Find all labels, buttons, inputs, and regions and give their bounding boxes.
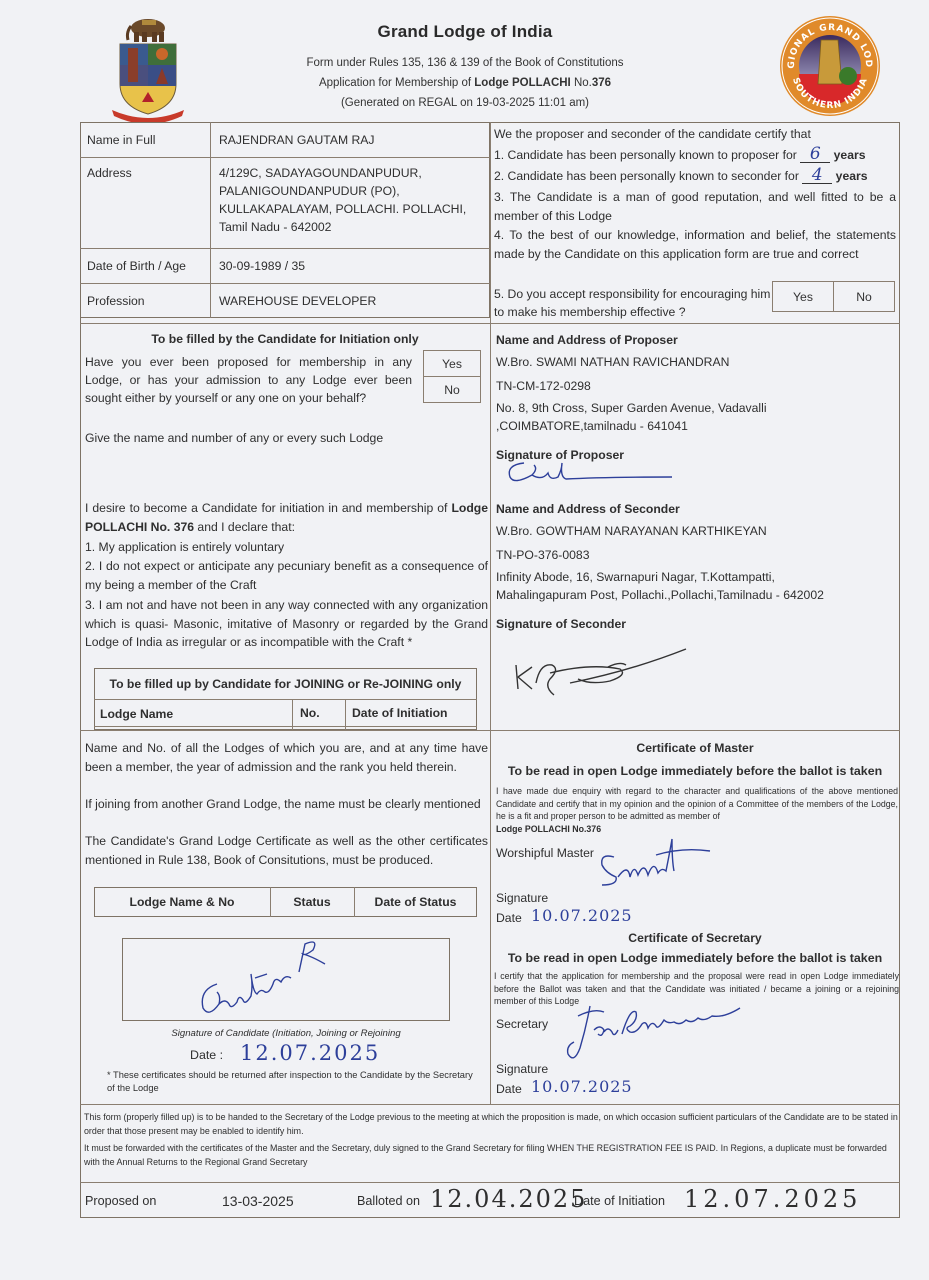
seconder-heading: Name and Address of Seconder — [496, 500, 680, 518]
balloted-on-label: Balloted on — [357, 1183, 420, 1218]
master-cert-subheading: To be read in open Lodge immediately bef… — [490, 762, 900, 780]
application-lodge-number: 376 — [592, 77, 611, 89]
application-prefix: Application for Membership of — [319, 77, 474, 89]
certify-item-1-text: 1. Candidate has been personally known t… — [494, 148, 797, 162]
secretary-label: Secretary — [496, 1015, 548, 1033]
candidate-date-value: 12.07.2025 — [240, 1040, 380, 1066]
col-lodge-name-no: Lodge Name & No — [94, 887, 270, 917]
responsibility-no-option[interactable]: No — [833, 281, 895, 312]
desire-prefix: I desire to become a Candidate for initi… — [85, 501, 451, 515]
membership-para-1: Name and No. of all the Lodges of which … — [85, 739, 488, 776]
joining-col-date-of-initiation: Date of Initiation — [352, 700, 447, 726]
certificates-footnote: * These certificates should be returned … — [107, 1069, 482, 1095]
seconder-address: Infinity Abode, 16, Swarnapuri Nagar, T.… — [496, 568, 824, 604]
section-divider-3 — [80, 1104, 900, 1105]
candidate-signature — [195, 932, 335, 1022]
section-divider-2 — [80, 730, 900, 731]
certify-item-4: 4. To the best of our knowledge, informa… — [494, 226, 896, 264]
candidate-row-divider — [80, 157, 490, 158]
master-cert-body: I have made due enquiry with regard to t… — [496, 785, 898, 835]
initiation-question: Have you ever been proposed for membersh… — [85, 353, 412, 407]
certify-item-3: 3. The Candidate is a man of good reputa… — [494, 188, 896, 226]
application-no-prefix: No. — [571, 77, 592, 89]
responsibility-yes-option[interactable]: Yes — [772, 281, 834, 312]
date-of-initiation-value: 12.07.2025 — [684, 1180, 861, 1218]
joining-table-col — [292, 699, 293, 730]
membership-para-3: The Candidate's Grand Lodge Certificate … — [85, 832, 488, 869]
seconder-reg-no: TN-PO-376-0083 — [496, 546, 589, 564]
desire-statement: I desire to become a Candidate for initi… — [85, 499, 488, 536]
address-value: 4/129C, SADAYAGOUNDANPUDUR, PALANIGOUNDA… — [219, 164, 466, 236]
certify-intro: We the proposer and seconder of the cand… — [494, 125, 896, 143]
initiation-heading: To be filled by the Candidate for Initia… — [80, 330, 490, 348]
candidate-date-label: Date : — [190, 1046, 223, 1064]
proposer-address-line: No. 8, 9th Cross, Super Garden Avenue, V… — [496, 399, 767, 417]
seconder-signature-label: Signature of Seconder — [496, 615, 626, 633]
certify-item-2-text: 2. Candidate has been personally known t… — [494, 169, 799, 183]
dob-value: 30-09-1989 / 35 — [219, 248, 305, 283]
rules-line: Form under Rules 135, 136 & 139 of the B… — [240, 53, 690, 73]
proposer-signature — [502, 455, 682, 487]
worshipful-master-label: Worshipful Master — [496, 844, 594, 862]
form-header: Grand Lodge of India Form under Rules 13… — [240, 22, 690, 113]
proposer-name: W.Bro. SWAMI NATHAN RAVICHANDRAN — [496, 353, 729, 371]
balloted-on-value: 12.04.2025 — [430, 1180, 587, 1218]
give-lodge-name-prompt: Give the name and number of any or every… — [85, 429, 485, 447]
proposed-on-label: Proposed on — [85, 1183, 156, 1218]
secretary-cert-heading: Certificate of Secretary — [490, 929, 900, 947]
declaration-1: 1. My application is entirely voluntary — [85, 538, 488, 556]
desire-suffix: and I declare that: — [194, 520, 295, 534]
master-cert-lodge: Lodge POLLACHI No.376 — [496, 824, 601, 834]
secretary-signature — [564, 998, 744, 1068]
generated-line: (Generated on REGAL on 19-03-2025 11:01 … — [240, 93, 690, 113]
name-label: Name in Full — [87, 122, 155, 157]
seconder-signature — [510, 643, 690, 701]
years-label: years — [836, 169, 868, 183]
grand-lodge-crest-logo — [108, 14, 188, 122]
proposer-heading: Name and Address of Proposer — [496, 331, 678, 349]
address-line: PALANIGOUNDANPUDUR (PO), — [219, 182, 466, 200]
footer-note-2: It must be forwarded with the certificat… — [84, 1141, 899, 1169]
proposed-on-value: 13-03-2025 — [222, 1183, 294, 1218]
form-title: Grand Lodge of India — [240, 22, 690, 42]
seconder-years-value: 4 — [802, 168, 832, 184]
secretary-date-label: Date — [496, 1080, 522, 1098]
footer-note-1: This form (properly filled up) is to be … — [84, 1110, 899, 1138]
address-line: 4/129C, SADAYAGOUNDANPUDUR, — [219, 164, 466, 182]
previously-proposed-yes-option[interactable]: Yes — [423, 350, 481, 377]
application-lodge: Lodge POLLACHI — [474, 77, 570, 89]
proposer-address: No. 8, 9th Cross, Super Garden Avenue, V… — [496, 399, 767, 435]
joining-table-col — [345, 699, 346, 730]
date-of-initiation-label: Date of Initiation — [574, 1183, 665, 1218]
certify-item-2: 2. Candidate has been personally known t… — [494, 167, 896, 185]
secretary-cert-subheading: To be read in open Lodge immediately bef… — [490, 949, 900, 967]
master-date-label: Date — [496, 909, 522, 927]
col-status: Status — [270, 887, 354, 917]
dob-label: Date of Birth / Age — [87, 248, 186, 283]
col-date-of-status: Date of Status — [354, 887, 477, 917]
membership-application-form: Grand Lodge of India Form under Rules 13… — [0, 0, 929, 1280]
declaration-2: 2. I do not expect or anticipate any pec… — [85, 557, 488, 595]
proposer-address-line: ,COIMBATORE,tamilnadu - 641041 — [496, 417, 767, 435]
profession-value: WAREHOUSE DEVELOPER — [219, 283, 376, 318]
address-line: Tamil Nadu - 642002 — [219, 218, 466, 236]
candidate-table-col-divider — [210, 122, 211, 318]
regional-grand-lodge-seal-logo: REGIONAL GRAND LODGE SOUTHERN INDIA — [778, 14, 883, 119]
certify-item-1: 1. Candidate has been personally known t… — [494, 146, 896, 164]
joining-table-heading: To be filled up by Candidate for JOINING… — [94, 668, 477, 699]
address-label: Address — [87, 164, 132, 182]
master-cert-heading: Certificate of Master — [490, 739, 900, 757]
declaration-3: 3. I am not and have not been in any way… — [85, 596, 488, 652]
seconder-address-line: Infinity Abode, 16, Swarnapuri Nagar, T.… — [496, 568, 824, 586]
section-divider-1 — [80, 323, 900, 324]
address-line: KULLAKAPALAYAM, POLLACHI. POLLACHI, — [219, 200, 466, 218]
name-value: RAJENDRAN GAUTAM RAJ — [219, 122, 375, 157]
joining-col-no: No. — [300, 700, 320, 726]
profession-label: Profession — [87, 283, 145, 318]
proposer-years-value: 6 — [800, 147, 830, 163]
membership-para-2: If joining from another Grand Lodge, the… — [85, 795, 488, 814]
previously-proposed-no-option[interactable]: No — [423, 376, 481, 403]
seconder-address-line: Mahalingapuram Post, Pollachi.,Pollachi,… — [496, 586, 824, 604]
master-date-value: 10.07.2025 — [531, 904, 633, 928]
years-label: years — [834, 148, 866, 162]
application-line: Application for Membership of Lodge POLL… — [240, 73, 690, 93]
proposer-reg-no: TN-CM-172-0298 — [496, 377, 591, 395]
seconder-name: W.Bro. GOWTHAM NARAYANAN KARTHIKEYAN — [496, 522, 767, 540]
secretary-date-value: 10.07.2025 — [531, 1075, 633, 1099]
master-signature — [592, 833, 717, 891]
master-cert-body-text: I have made due enquiry with regard to t… — [496, 786, 898, 821]
joining-col-lodge-name: Lodge Name — [100, 700, 173, 728]
certify-item-5: 5. Do you accept responsibility for enco… — [494, 285, 774, 321]
